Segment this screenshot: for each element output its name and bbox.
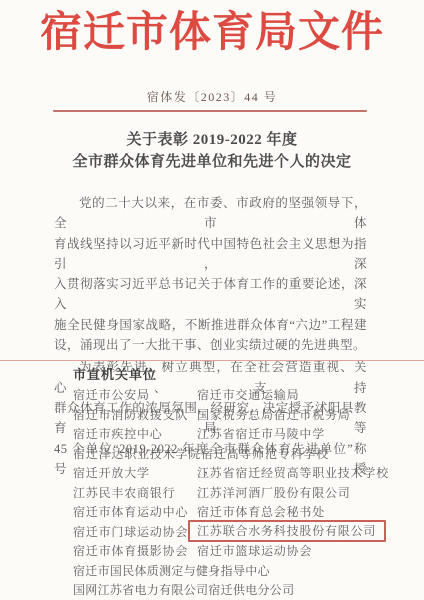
unit-name: 国网江苏省电力有限公司宿迁供电分公司	[73, 581, 294, 598]
unit-name: 宿迁泽达职业技术学院	[73, 445, 201, 462]
unit-name: 江苏省宿迁市马陵中学	[197, 425, 325, 442]
unit-row: 宿迁市体育运动中心宿迁市体育总会秘书处	[73, 502, 418, 522]
unit-row: 宿迁泽达职业技术学院宿迁高等师范专科学校	[73, 444, 418, 464]
unit-name: 宿迁市篮球运动协会	[197, 542, 312, 559]
unit-list-rows: 宿迁市公安局宿迁市交通运输局宿迁市消防救援支队国家税务总局宿迁市税务局宿迁市疾控…	[73, 385, 418, 600]
unit-name: 宿迁市公安局	[73, 386, 197, 403]
unit-name: 宿迁市疾控中心	[73, 425, 197, 442]
unit-row: 宿迁市体育摄影协会宿迁市篮球运动协会	[73, 541, 418, 561]
unit-name: 宿迁市体育摄影协会	[73, 542, 197, 559]
document-title: 关于表彰 2019-2022 年度 全市群众体育先进单位和先进个人的决定	[0, 129, 424, 173]
document-header-title: 宿迁市体育局文件	[0, 6, 424, 61]
document-title-line1: 关于表彰 2019-2022 年度	[0, 129, 424, 151]
unit-name: 江苏民丰农商银行	[73, 484, 197, 501]
paragraph-line: 党的二十大以来，在市委、市政府的坚强领导下，全市体	[54, 193, 367, 234]
unit-row: 宿迁开放大学江苏省宿迁经贸高等职业技术学校	[73, 463, 418, 483]
unit-row: 宿迁市公安局宿迁市交通运输局	[73, 385, 418, 405]
document-title-line2: 全市群众体育先进单位和先进个人的决定	[0, 151, 424, 173]
section-header: 市直机关单位	[73, 364, 157, 383]
unit-name: 江苏洋河酒厂股份有限公司	[197, 484, 351, 501]
unit-name: 宿迁市消防救援支队	[73, 406, 197, 423]
paragraph: 党的二十大以来，在市委、市政府的坚强领导下，全市体育战线坚持以习近平新时代中国特…	[54, 193, 367, 355]
paragraph-line: 育战线坚持以习近平新时代中国特色社会主义思想为指引，深	[54, 234, 367, 275]
unit-name: 宿迁市国民体质测定与健身指导中心	[73, 562, 270, 579]
unit-row: 江苏民丰农商银行江苏洋河酒厂股份有限公司	[73, 483, 418, 503]
unit-name: 宿迁市门球运动协会	[73, 523, 197, 540]
unit-name: 宿迁市交通运输局	[197, 386, 299, 403]
unit-row: 宿迁市疾控中心江苏省宿迁市马陵中学	[73, 424, 418, 444]
unit-name: 国家税务总局宿迁市税务局	[197, 406, 351, 423]
red-rule-divider	[53, 110, 367, 112]
unit-name: 江苏省宿迁经贸高等职业技术学校	[197, 464, 389, 481]
unit-name: 宿迁开放大学	[73, 464, 197, 481]
unit-name: 宿迁市体育总会秘书处	[197, 503, 325, 520]
official-document: 宿迁市体育局文件 宿体发〔2023〕44 号 关于表彰 2019-2022 年度…	[0, 0, 424, 600]
unit-row: 宿迁市消防救援支队国家税务总局宿迁市税务局	[73, 405, 418, 425]
paragraph-line: 施全民健身国家战略，不断推进群众体育“六边”工程建	[54, 315, 367, 335]
unit-name: 宿迁市体育运动中心	[73, 503, 197, 520]
document-number: 宿体发〔2023〕44 号	[0, 88, 424, 105]
unit-name-highlighted: 江苏联合水务科技股份有限公司	[188, 520, 386, 542]
unit-row: 宿迁市国民体质测定与健身指导中心	[73, 561, 418, 581]
unit-row: 宿迁市门球运动协会江苏联合水务科技股份有限公司	[73, 522, 418, 542]
unit-name: 宿迁高等师范专科学校	[201, 445, 329, 462]
unit-row: 国网江苏省电力有限公司宿迁供电分公司	[73, 580, 418, 600]
paragraph-line: 入贯彻落实习近平总书记关于体育工作的重要论述，深入实	[54, 274, 367, 315]
section-divider	[0, 360, 424, 361]
paragraph-line: 设，涌现出了一大批干事、创业实绩过硬的先进典型。	[54, 335, 367, 355]
